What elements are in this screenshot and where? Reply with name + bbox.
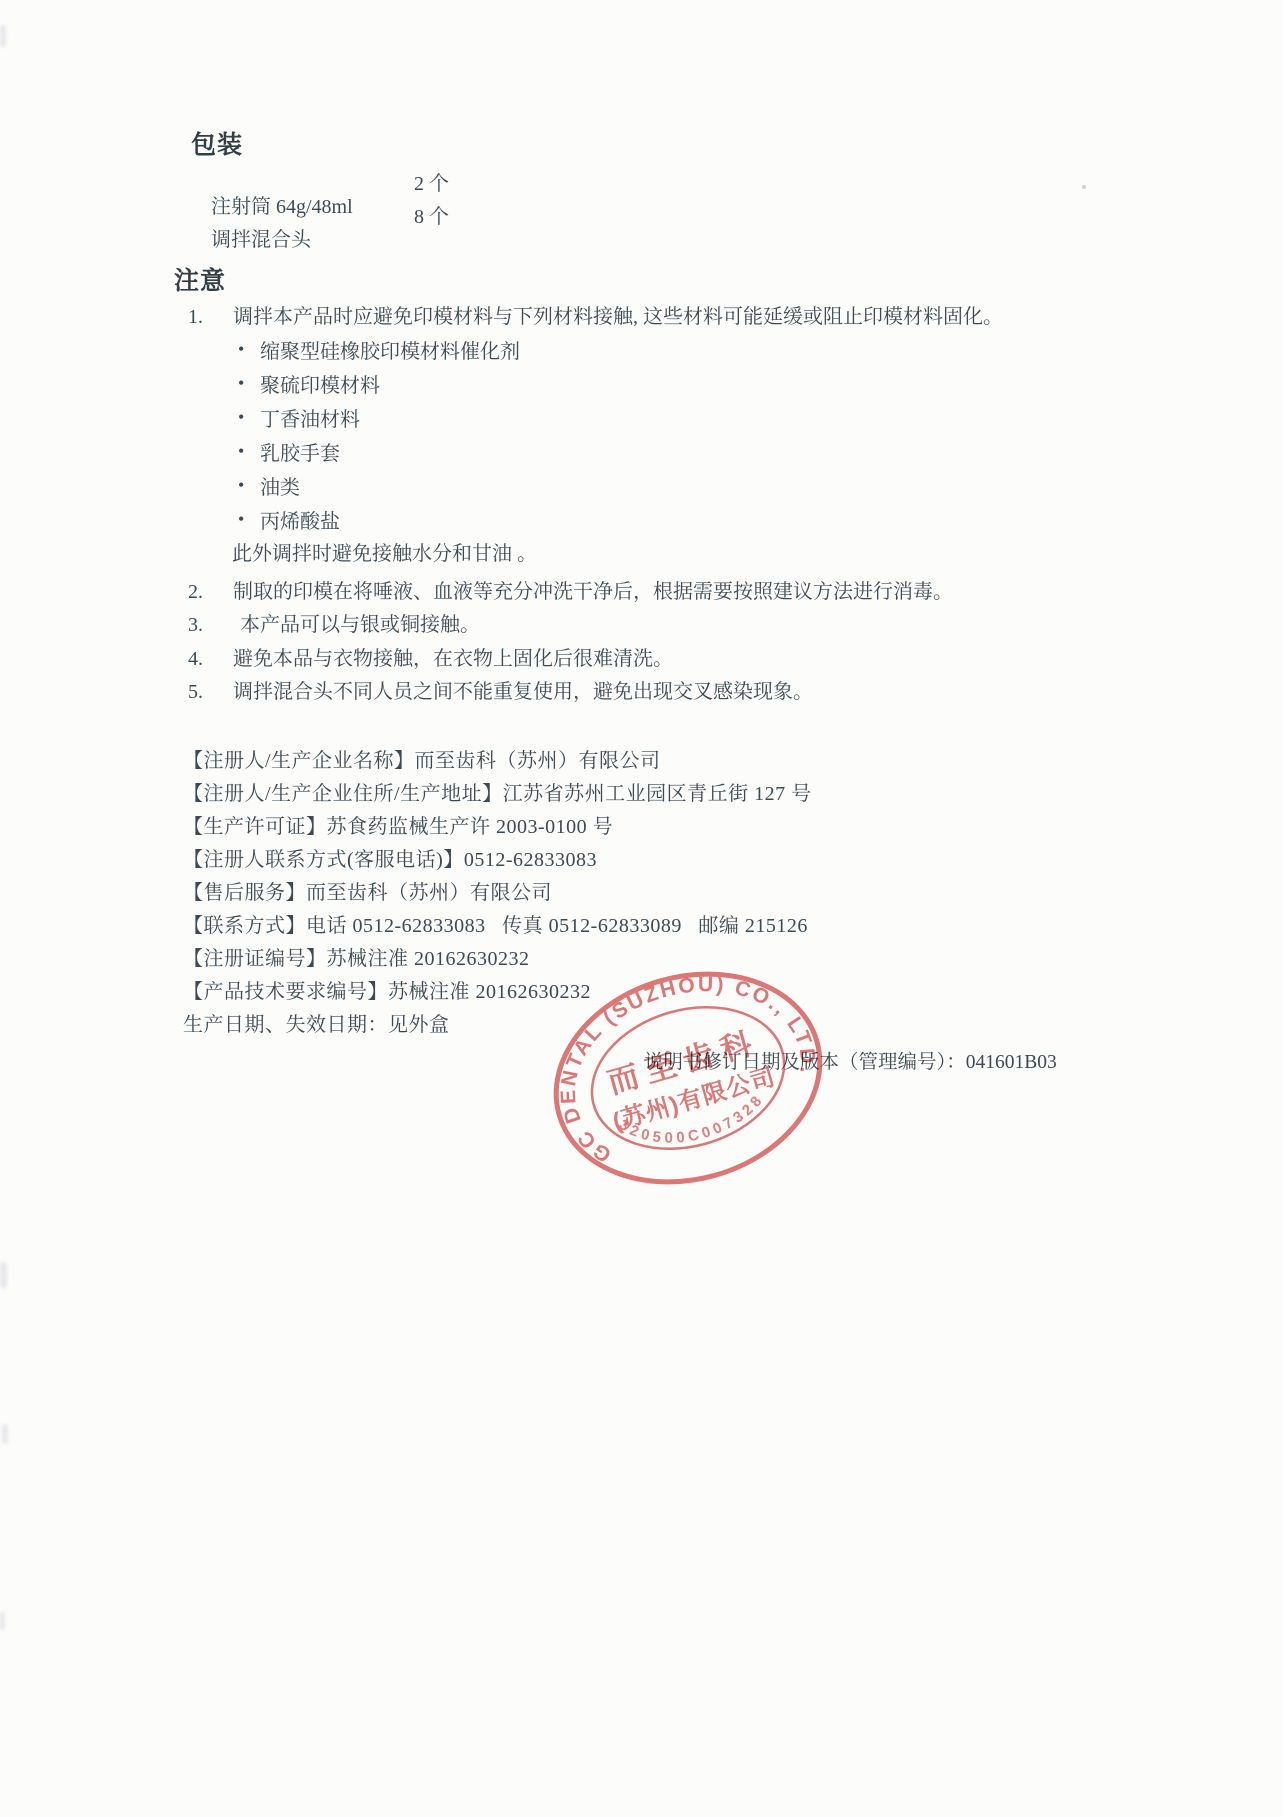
scan-smudge <box>0 1262 7 1288</box>
scanned-document-page: 包装 注射筒 64g/48ml 2 个 调拌混合头 8 个 注意 1. 调拌本产… <box>0 0 1283 1817</box>
bullet-dot: • <box>238 475 244 496</box>
bullet-dot: • <box>238 339 244 360</box>
notice-item-number: 2. <box>188 581 203 604</box>
bullet-text: 聚硫印模材料 <box>260 375 380 398</box>
packaging-item-qty: 8 个 <box>414 206 449 229</box>
bullet-dot: • <box>238 373 244 394</box>
notice-item-text: 调拌本产品时应避免印模材料与下列材料接触, 这些材料可能延缓或阻止印模材料固化。 <box>233 306 1003 329</box>
bullet-text: 缩聚型硅橡胶印模材料催化剂 <box>260 341 520 364</box>
notice-item-number: 3. <box>188 614 203 637</box>
packaging-item-qty: 2 个 <box>414 173 449 196</box>
bullet-text: 丙烯酸盐 <box>260 511 340 534</box>
notice-heading: 注意 <box>174 267 226 296</box>
scan-speck <box>1082 185 1086 189</box>
packaging-heading: 包装 <box>191 131 243 160</box>
bullet-text: 油类 <box>260 477 300 500</box>
notice-item-text: 避免本品与衣物接触，在衣物上固化后很难清洗。 <box>233 648 673 671</box>
notice-item-text: 本产品可以与银或铜接触。 <box>240 614 480 637</box>
bullet-text: 丁香油材料 <box>260 409 360 432</box>
bullet-dot: • <box>238 441 244 462</box>
packaging-row: 调拌混合头 8 个 <box>191 206 671 298</box>
production-date-line: 生产日期、失效日期：见外盒 <box>183 1014 450 1037</box>
notice-item-number: 5. <box>188 681 203 704</box>
registration-line: 【售后服务】而至齿科（苏州）有限公司 <box>183 882 552 905</box>
registration-line: 【注册人/生产企业名称】而至齿科（苏州）有限公司 <box>183 750 661 773</box>
registration-line: 【注册人/生产企业住所/生产地址】江苏省苏州工业园区青丘街 127 号 <box>183 783 812 806</box>
scan-smudge <box>2 1424 8 1444</box>
bullet-dot: • <box>238 407 244 428</box>
notice-item-text: 调拌混合头不同人员之间不能重复使用，避免出现交叉感染现象。 <box>233 681 813 704</box>
notice-item-note: 此外调拌时避免接触水分和甘油 。 <box>232 543 537 566</box>
company-stamp: GC DENTAL (SUZHOU) CO., LTD. 320500C0073… <box>508 918 868 1238</box>
registration-line: 【注册人联系方式(客服电话)】0512-62833083 <box>183 849 597 872</box>
bullet-text: 乳胶手套 <box>260 443 340 466</box>
bullet-dot: • <box>238 509 244 530</box>
notice-item-number: 4. <box>188 648 203 671</box>
registration-line: 【生产许可证】苏食药监械生产许 2003-0100 号 <box>183 816 613 839</box>
scan-smudge <box>0 1612 5 1630</box>
packaging-item-label: 调拌混合头 <box>211 229 311 251</box>
notice-item-text: 制取的印模在将唾液、血液等充分冲洗干净后，根据需要按照建议方法进行消毒。 <box>233 581 953 604</box>
registration-line: 【注册证编号】苏械注准 20162630232 <box>183 948 530 971</box>
notice-item-number: 1. <box>188 306 203 329</box>
scan-smudge <box>0 25 6 47</box>
